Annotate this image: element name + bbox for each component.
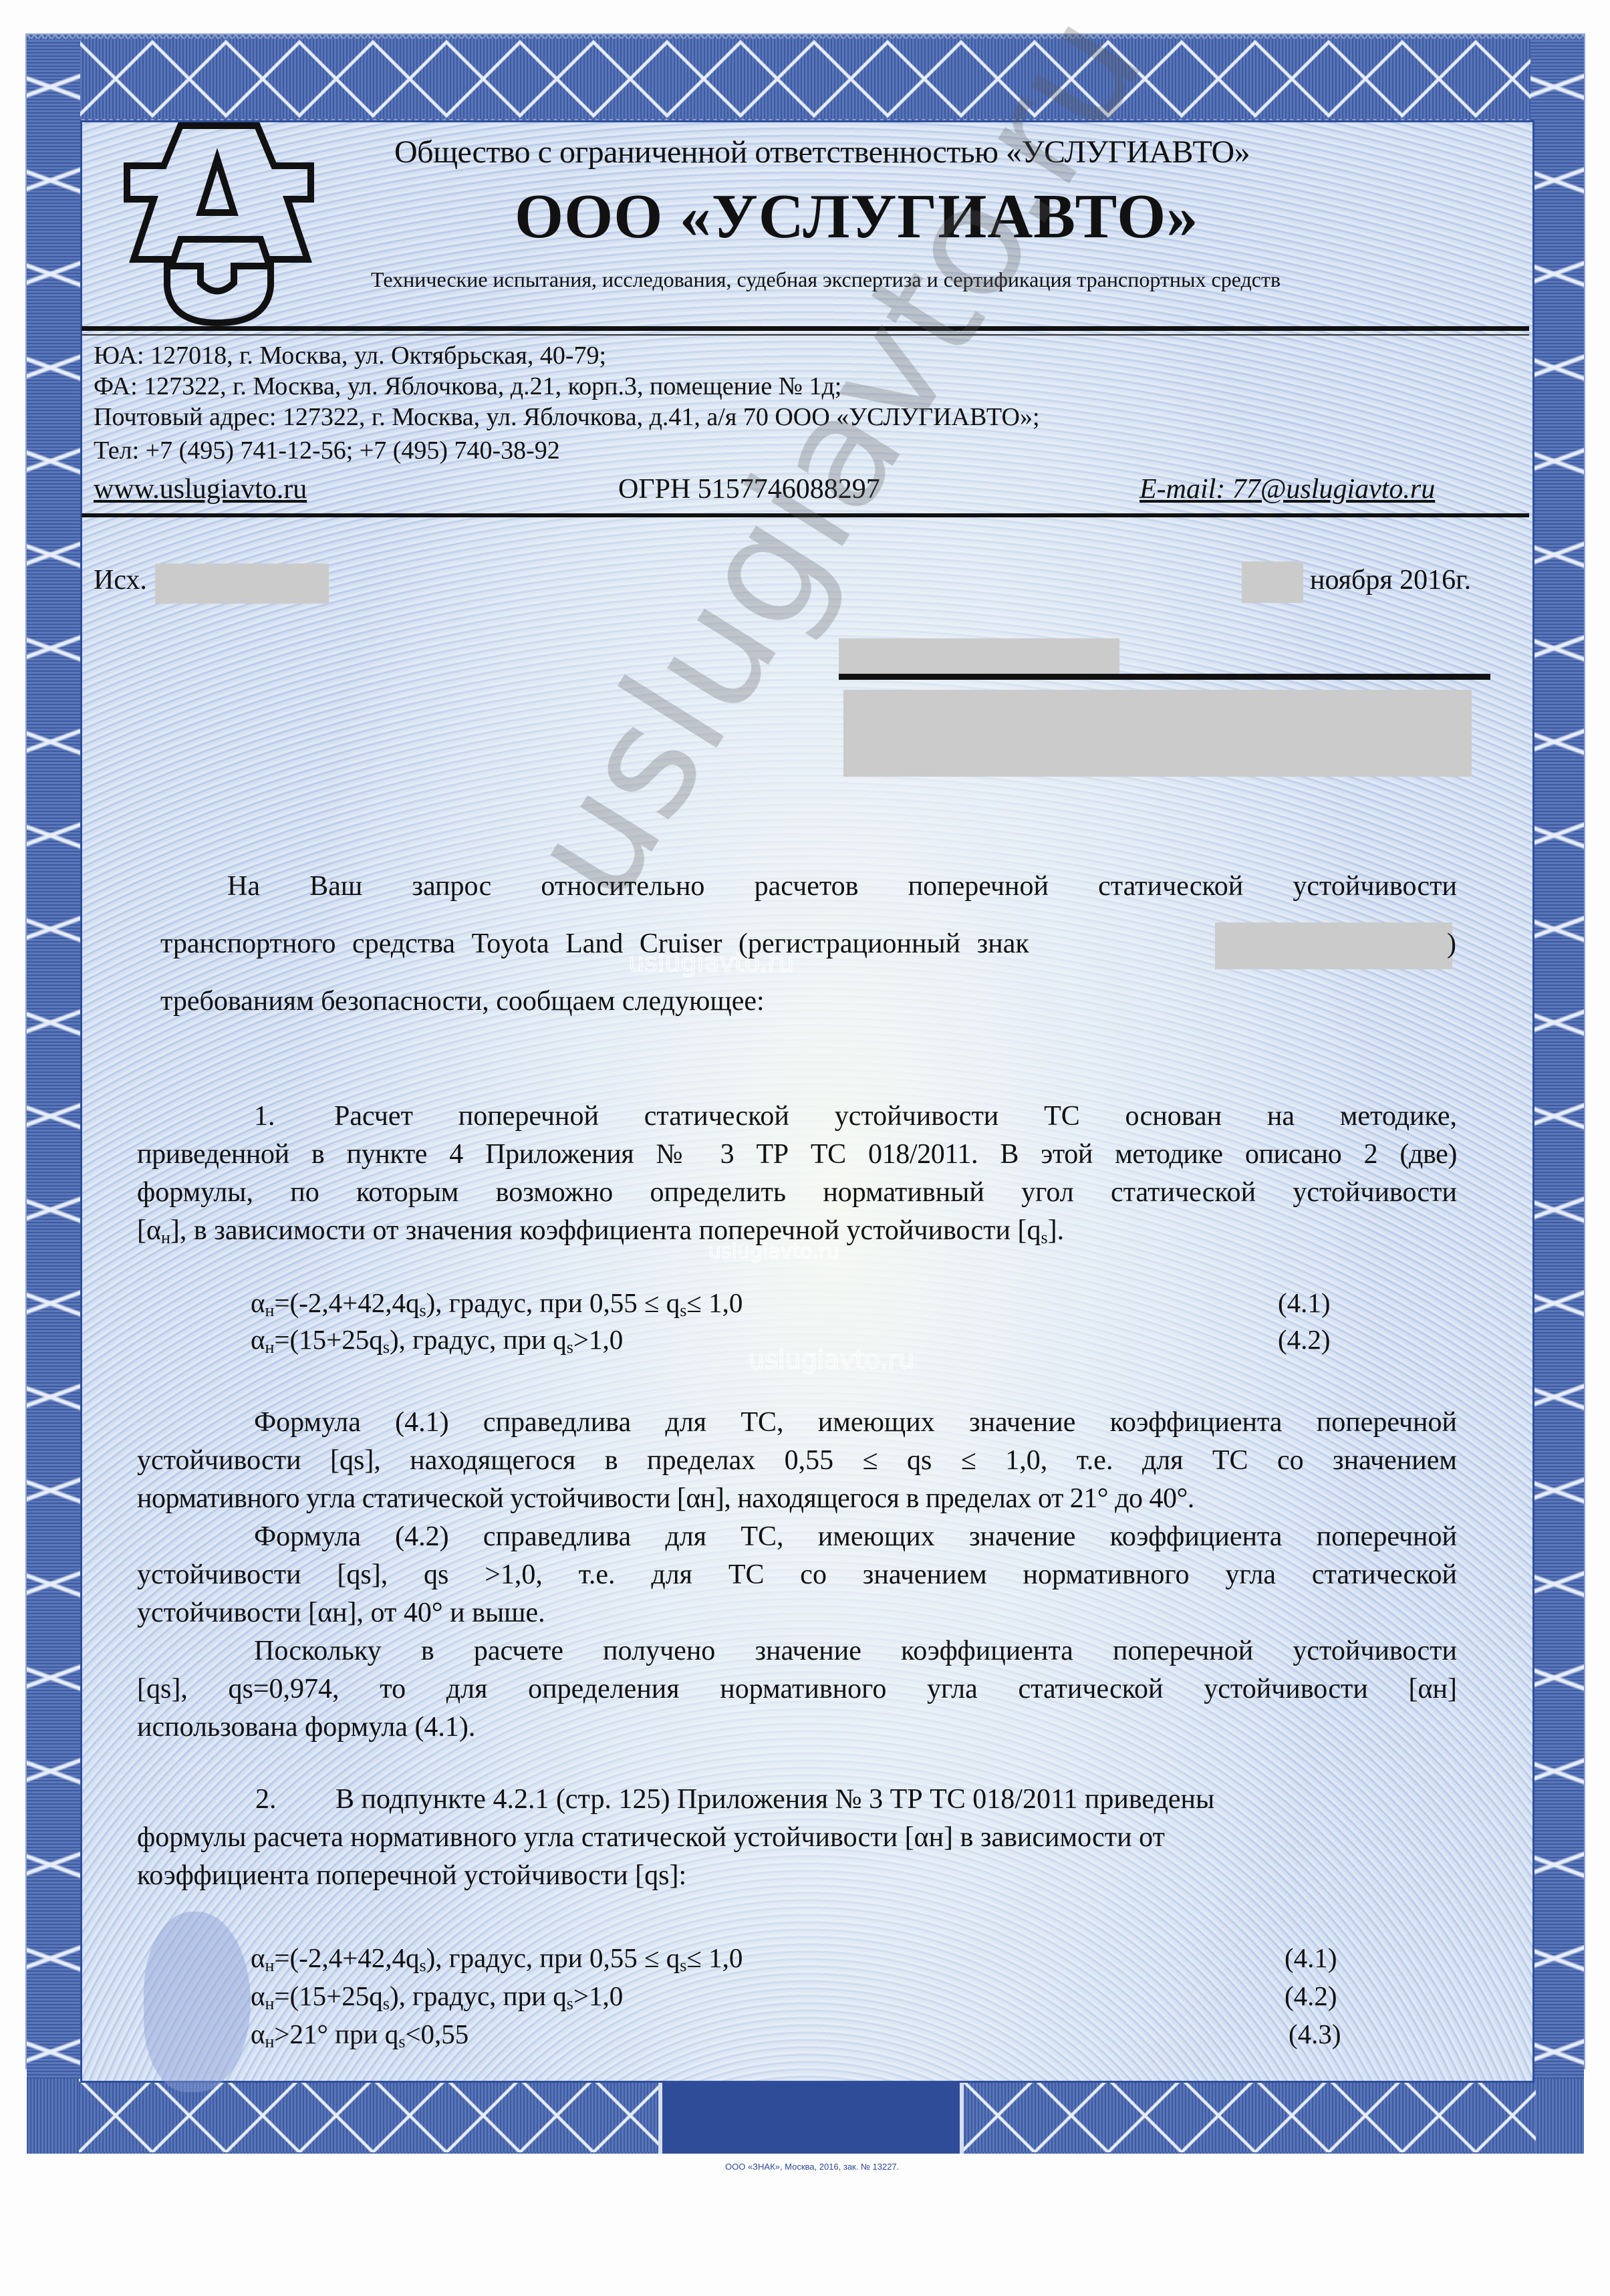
section-1-para-1-line-2: устойчивости [qs], находящегося в предел… [137, 1440, 1457, 1481]
section-1-para-3-line-2: [qs], qs=0,974, то для определения норма… [137, 1669, 1457, 1709]
company-tagline: Технические испытания, исследования, суд… [371, 267, 1281, 292]
formula-4-1: αн=(-2,4+42,4qs), градус, при 0,55 ≤ qs≤… [251, 1287, 743, 1319]
formula-2-4-3: αн>21° при qs<0,55 [251, 2018, 468, 2050]
section-1-para-2-line-3: устойчивости [αн], от 40° и выше. [137, 1593, 545, 1633]
border-left-band [27, 40, 80, 2152]
formula-4-2: αн=(15+25qs), градус, при qs>1,0 [251, 1323, 623, 1356]
section-1-line-3: формулы, по которым возможно определить … [137, 1172, 1457, 1213]
border-top-chevrons [79, 39, 1536, 119]
addressee-underline [839, 674, 1490, 680]
formula-4-2-ref: (4.2) [1278, 1323, 1331, 1356]
section-2-number: 2. [255, 1779, 277, 1819]
stamp-partial [144, 1912, 251, 2092]
intro-line-2-close: ) [1447, 924, 1456, 964]
section-2-line-1: В подпункте 4.2.1 (стр. 125) Приложения … [336, 1779, 1214, 1819]
section-2-line-2: формулы расчета нормативного угла статич… [137, 1817, 1165, 1858]
formula-2-4-3-ref: (4.3) [1289, 2018, 1341, 2050]
ua-monogram-logo-icon [107, 119, 327, 326]
formula-4-1-ref: (4.1) [1278, 1287, 1331, 1319]
outgoing-number-label: Исх. [94, 560, 147, 600]
letter-date: ноября 2016г. [1310, 560, 1471, 600]
border-right-band [1530, 40, 1584, 2152]
section-1-para-2-line-2: устойчивости [qs], qs >1,0, т.е. для ТС … [137, 1555, 1457, 1595]
intro-line-3: требованиям безопасности, сообщаем следу… [160, 981, 765, 1021]
section-1-line-4-text: ], в зависимости от значения коэффициент… [170, 1215, 1041, 1246]
section-1-para-1-line-3: нормативного угла статической устойчивос… [137, 1479, 1194, 1519]
redacted-outgoing-number [155, 563, 329, 604]
header-divider-thin [82, 334, 1529, 336]
formula-2-4-2: αн=(15+25qs), градус, при qs>1,0 [251, 1980, 623, 2012]
redacted-date-day [1242, 561, 1303, 603]
section-1-para-3-line-1: Поскольку в расчете получено значение ко… [254, 1631, 1457, 1671]
section-1-para-3-line-3: использована формула (4.1). [137, 1707, 475, 1747]
section-1-line-2: приведенной в пункте 4 Приложения № 3 ТР… [137, 1134, 1457, 1174]
redacted-registration-plate [1215, 922, 1452, 969]
email-link[interactable]: E-mail: 77@uslugiavto.ru [1139, 473, 1435, 505]
watermark-small-2: uslugiavto.ru [749, 1345, 914, 1374]
section-1-para-2-line-1: Формула (4.2) справедлива для ТС, имеющи… [254, 1517, 1457, 1557]
actual-address: ФА: 127322, г. Москва, ул. Яблочкова, д.… [94, 372, 841, 401]
website-link[interactable]: www.uslugiavto.ru [94, 473, 307, 505]
phone-numbers: Тел: +7 (495) 741-12-56; +7 (495) 740-38… [94, 436, 560, 465]
formula-2-4-1: αн=(-2,4+42,4qs), градус, при 0,55 ≤ qs≤… [251, 1942, 743, 1974]
redacted-addressee-block [843, 690, 1472, 777]
alpha-symbol: [α [137, 1215, 161, 1246]
section-1-line-4-end: ]. [1048, 1215, 1065, 1246]
intro-line-1: На Ваш запрос относительно расчетов попе… [227, 866, 1457, 906]
printer-imprint: ООО «ЗНАК», Москва, 2016, зак. № 13227. [725, 2162, 899, 2172]
section-1-line-1: Расчет поперечной статической устойчивос… [334, 1096, 1457, 1136]
border-bottom-cartouche [658, 2079, 964, 2154]
header-divider [82, 326, 1529, 331]
section-1-number: 1. [254, 1096, 275, 1136]
formula-2-4-1-ref: (4.1) [1285, 1942, 1337, 1974]
legal-address: ЮА: 127018, г. Москва, ул. Октябрьская, … [94, 341, 606, 370]
formula-2-4-2-ref: (4.2) [1285, 1980, 1337, 2012]
intro-line-2-text: транспортного средства Toyota Land Cruis… [160, 928, 1029, 959]
section-2-line-3: коэффициента поперечной устойчивости [qs… [137, 1856, 686, 1896]
section-1-para-1-line-1: Формула (4.1) справедлива для ТС, имеющи… [254, 1402, 1457, 1442]
section-1-line-4: [αн], в зависимости от значения коэффици… [137, 1210, 1064, 1251]
